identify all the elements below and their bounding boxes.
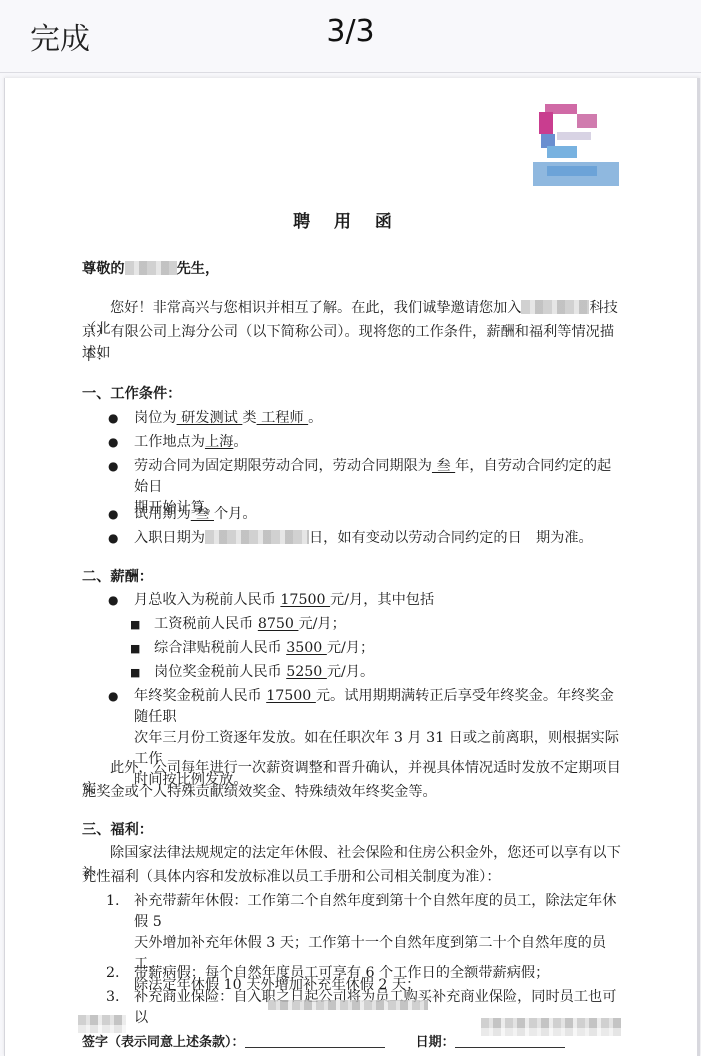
redacted-company bbox=[521, 300, 589, 314]
section-heading-benefits: 三、福利： bbox=[82, 820, 622, 841]
document-title: 聘 用 函 bbox=[82, 212, 612, 233]
redacted-name bbox=[125, 261, 177, 275]
section-heading-work-conditions: 一、工作条件： bbox=[82, 384, 622, 405]
redacted-footer-right-2 bbox=[481, 1028, 621, 1036]
signature-label: 签字（表示同意上述条款）： bbox=[82, 1035, 245, 1050]
bullet-icon: ● bbox=[108, 456, 118, 477]
compensation-note-line-2: 施奖金或个人特殊贡献绩效奖金、特殊绩效年终奖金等。 bbox=[82, 782, 622, 803]
redacted-footer-center bbox=[268, 1000, 428, 1010]
bullet-icon: ● bbox=[108, 686, 118, 707]
bullet-icon: ● bbox=[108, 528, 118, 549]
section-heading-compensation: 二、薪酬： bbox=[82, 567, 622, 588]
signature-field bbox=[245, 1033, 385, 1048]
salutation: 尊敬的先生， bbox=[82, 259, 622, 280]
intro-line-3: 下： bbox=[82, 346, 622, 367]
bullet-icon: ● bbox=[108, 432, 118, 453]
redacted-footer-left-2 bbox=[78, 1025, 126, 1033]
bullet-icon: ● bbox=[108, 408, 118, 429]
date-label: 日期： bbox=[416, 1035, 455, 1050]
square-bullet-icon: ■ bbox=[130, 638, 140, 659]
square-bullet-icon: ■ bbox=[130, 614, 140, 635]
square-bullet-icon: ■ bbox=[130, 662, 140, 683]
redacted-footer-left bbox=[78, 1015, 126, 1025]
bullet-icon: ● bbox=[108, 590, 118, 611]
redacted-start-date bbox=[205, 530, 309, 544]
redacted-footer-right bbox=[481, 1018, 621, 1028]
document-page: 聘 用 函 尊敬的先生， 您好！非常高兴与您相识并相互了解。在此，我们诚挚邀请您… bbox=[4, 78, 700, 1056]
company-logo bbox=[533, 96, 623, 196]
bullet-icon: ● bbox=[108, 504, 118, 525]
viewer-top-bar: 完成 3/3 bbox=[0, 0, 701, 73]
page-counter: 3/3 bbox=[0, 14, 701, 49]
benefits-intro-line-2: 充性福利（具体内容和发放标准以员工手册和公司相关制度为准）： bbox=[82, 867, 622, 888]
